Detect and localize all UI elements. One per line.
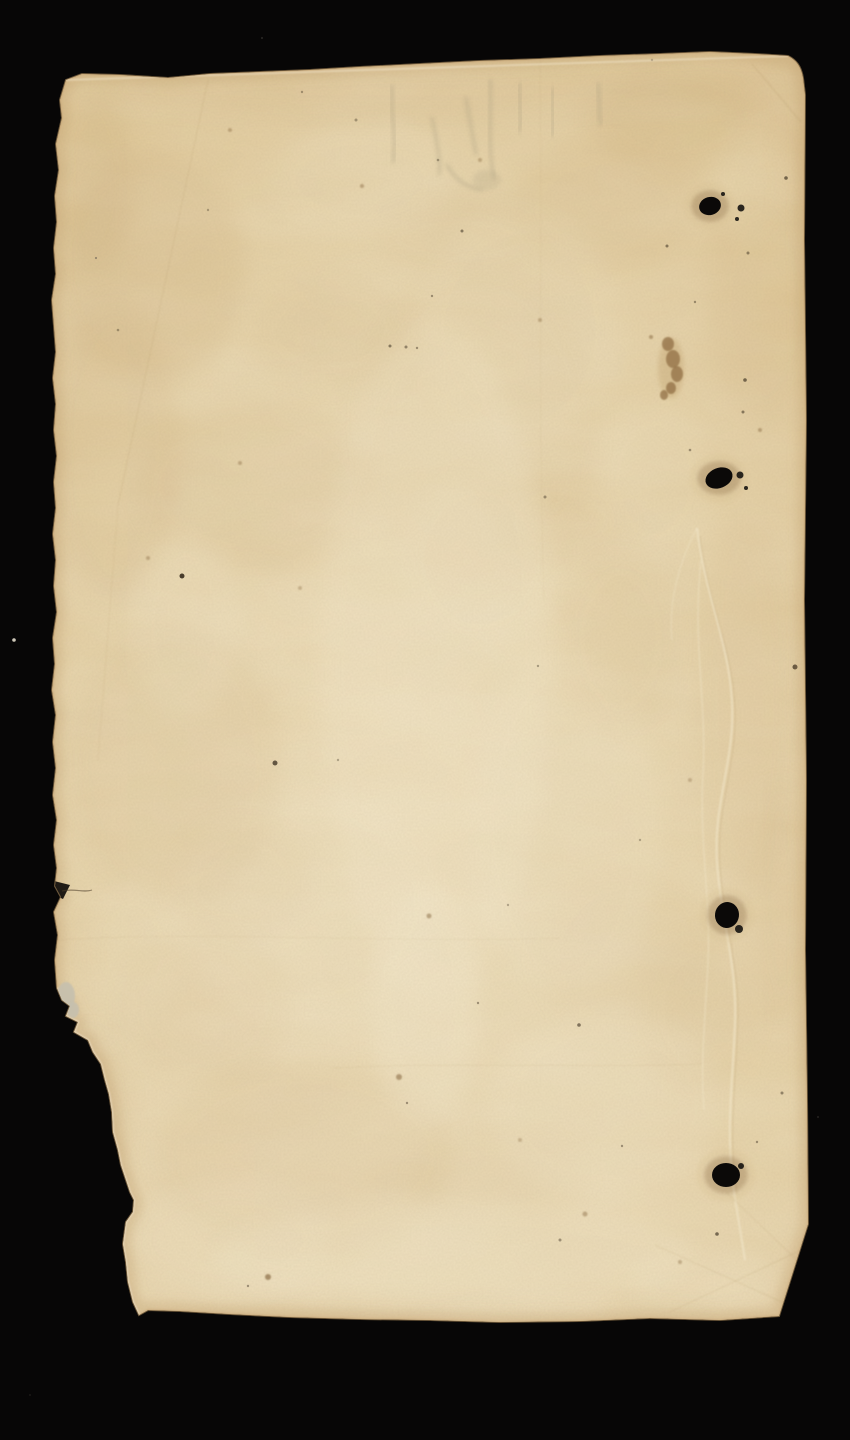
dark-speck — [507, 904, 509, 906]
stain-blob — [666, 350, 680, 368]
stain-blob — [662, 337, 674, 351]
torn-fragment-piece — [67, 1002, 79, 1018]
dark-speck — [577, 1023, 581, 1027]
dark-speck — [715, 1232, 719, 1236]
dark-speck — [461, 230, 464, 233]
dark-speck — [180, 574, 185, 579]
hole — [712, 1163, 740, 1187]
brown-speck — [228, 128, 232, 132]
hole-satellite-speck — [744, 486, 748, 490]
dark-speck — [437, 159, 440, 162]
dark-speck — [689, 449, 692, 452]
hole-satellite-speck — [735, 217, 739, 221]
dark-speck — [355, 119, 358, 122]
brown-speck — [238, 461, 242, 465]
stain-blob — [660, 390, 668, 400]
dark-speck — [273, 761, 278, 766]
brown-speck — [298, 586, 302, 590]
dark-speck — [639, 839, 641, 841]
dark-speck — [621, 1145, 623, 1147]
dust-spot — [95, 257, 97, 259]
ghost-blob — [473, 170, 501, 190]
dark-speck — [431, 295, 433, 297]
dark-speck — [781, 1092, 784, 1095]
dust-spot — [29, 1394, 31, 1396]
dark-speck — [742, 411, 745, 414]
brown-speck — [538, 318, 542, 322]
dark-speck — [247, 1285, 249, 1287]
dark-speck — [666, 245, 669, 248]
dark-speck — [756, 1141, 758, 1143]
brown-speck — [396, 1074, 402, 1080]
dark-speck — [406, 1102, 408, 1104]
dark-speck — [559, 1239, 562, 1242]
brown-speck — [678, 1260, 682, 1264]
stain-blob — [671, 366, 683, 382]
paper-scan-canvas — [0, 0, 850, 1440]
brown-speck — [649, 335, 653, 339]
paper-grain-texture — [40, 35, 830, 1335]
dust-spot — [261, 37, 263, 39]
hole-satellite-speck — [735, 925, 743, 933]
hole-satellite-speck — [738, 1163, 744, 1169]
dark-speck — [301, 91, 303, 93]
ghost-mark — [519, 84, 521, 132]
dark-speck — [337, 759, 339, 761]
stain-blob — [666, 382, 676, 394]
dark-speck — [784, 176, 788, 180]
dark-speck — [416, 347, 418, 349]
dark-speck — [477, 1002, 479, 1004]
dust-spot — [12, 638, 16, 642]
dark-speck — [389, 345, 392, 348]
paper-surface — [40, 35, 830, 1360]
brown-speck — [518, 1138, 522, 1142]
dark-speck — [537, 665, 539, 667]
brown-speck — [427, 914, 432, 919]
scanned-document — [0, 0, 850, 1440]
dark-speck — [405, 346, 408, 349]
dark-speck — [747, 252, 750, 255]
hole-satellite-speck — [738, 205, 745, 212]
dark-speck — [544, 496, 547, 499]
dark-speck — [207, 209, 209, 211]
hole-satellite-speck — [721, 192, 725, 196]
dust-spot — [817, 1116, 819, 1118]
brown-speck — [583, 1212, 588, 1217]
brown-speck — [360, 184, 364, 188]
ghost-mark — [552, 88, 553, 136]
dark-speck — [694, 301, 696, 303]
dark-speck — [743, 378, 747, 382]
brown-speck — [478, 158, 482, 162]
brown-speck — [688, 778, 692, 782]
hole-satellite-speck — [737, 472, 744, 479]
brown-speck — [265, 1274, 271, 1280]
brown-speck — [146, 556, 150, 560]
dark-speck — [117, 329, 120, 332]
brown-speck — [758, 428, 762, 432]
